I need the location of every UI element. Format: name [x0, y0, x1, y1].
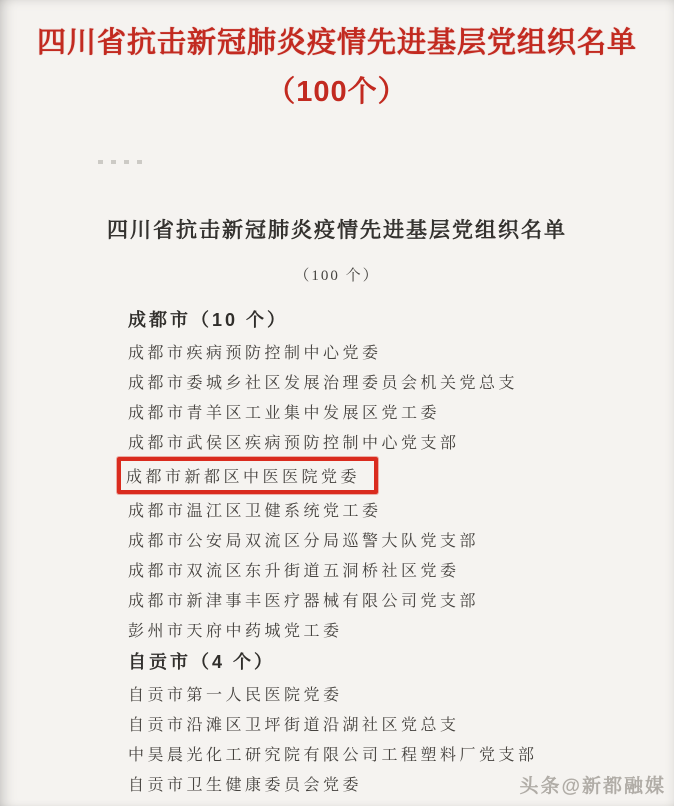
list-item: 成都市公安局双流区分局巡警大队党支部 [128, 524, 648, 554]
list-item-label: 中昊晨光化工研究院有限公司工程塑料厂党支部 [128, 742, 538, 765]
document-title: 四川省抗击新冠肺炎疫情先进基层党组织名单 [0, 214, 674, 244]
list-item-label: 成都市委城乡社区发展治理委员会机关党总支 [128, 370, 518, 393]
list-item: 中昊晨光化工研究院有限公司工程塑料厂党支部 [128, 738, 648, 768]
list-item: 成都市温江区卫健系统党工委 [128, 494, 648, 524]
headline-count: （100个） [0, 68, 674, 116]
list-item: 成都市委城乡社区发展治理委员会机关党总支 [128, 366, 648, 396]
list-item: 自贡市沿滩区卫坪街道沿湖社区党总支 [128, 708, 648, 738]
highlighted-list-item: 成都市新都区中医医院党委 [128, 456, 648, 494]
list-item: 成都市疾病预防控制中心党委 [128, 336, 648, 366]
headline: 四川省抗击新冠肺炎疫情先进基层党组织名单 （100个） [0, 22, 674, 116]
list-item-label: 自贡市卫生健康委员会党委 [128, 772, 362, 795]
list-item-label: 成都市疾病预防控制中心党委 [128, 340, 382, 363]
highlighted-list-item-label: 成都市新都区中医医院党委 [117, 457, 378, 494]
list-item: 成都市新津事丰医疗器械有限公司党支部 [128, 584, 648, 614]
section-header-zigong: 自贡市（4 个） [128, 644, 648, 678]
list-item-label: 自贡市沿滩区卫坪街道沿湖社区党总支 [128, 712, 460, 735]
list-item-label: 成都市武侯区疾病预防控制中心党支部 [128, 430, 460, 453]
list-item: 成都市双流区东升街道五洞桥社区党委 [128, 554, 648, 584]
screenshot-root: { "headline": { "line1": "四川省抗击新冠肺炎疫情先进基… [0, 0, 674, 806]
list-item: 成都市青羊区工业集中发展区党工委 [128, 396, 648, 426]
list-item-label: 彭州市天府中药城党工委 [128, 618, 343, 641]
headline-title: 四川省抗击新冠肺炎疫情先进基层党组织名单 [0, 22, 674, 64]
list-item: 彭州市天府中药城党工委 [128, 614, 648, 644]
list-item-label: 成都市新津事丰医疗器械有限公司党支部 [128, 588, 479, 611]
list-item-label: 成都市青羊区工业集中发展区党工委 [128, 400, 440, 423]
list-item-label: 自贡市第一人民医院党委 [128, 682, 343, 705]
watermark: 头条@新都融媒 [519, 771, 666, 798]
list-item-label: 成都市双流区东升街道五洞桥社区党委 [128, 558, 460, 581]
section-header-chengdu: 成都市（10 个） [128, 302, 648, 336]
list-item-label: 成都市公安局双流区分局巡警大队党支部 [128, 528, 479, 551]
organization-list: 成都市（10 个） 成都市疾病预防控制中心党委 成都市委城乡社区发展治理委员会机… [128, 302, 648, 798]
list-item: 自贡市第一人民医院党委 [128, 678, 648, 708]
document-scan: 四川省抗击新冠肺炎疫情先进基层党组织名单 （100 个） 成都市（10 个） 成… [0, 0, 674, 806]
list-item: 成都市武侯区疾病预防控制中心党支部 [128, 426, 648, 456]
document-subtitle: （100 个） [0, 264, 674, 285]
list-item-label: 成都市温江区卫健系统党工委 [128, 498, 382, 521]
smudge-mark [98, 160, 142, 164]
